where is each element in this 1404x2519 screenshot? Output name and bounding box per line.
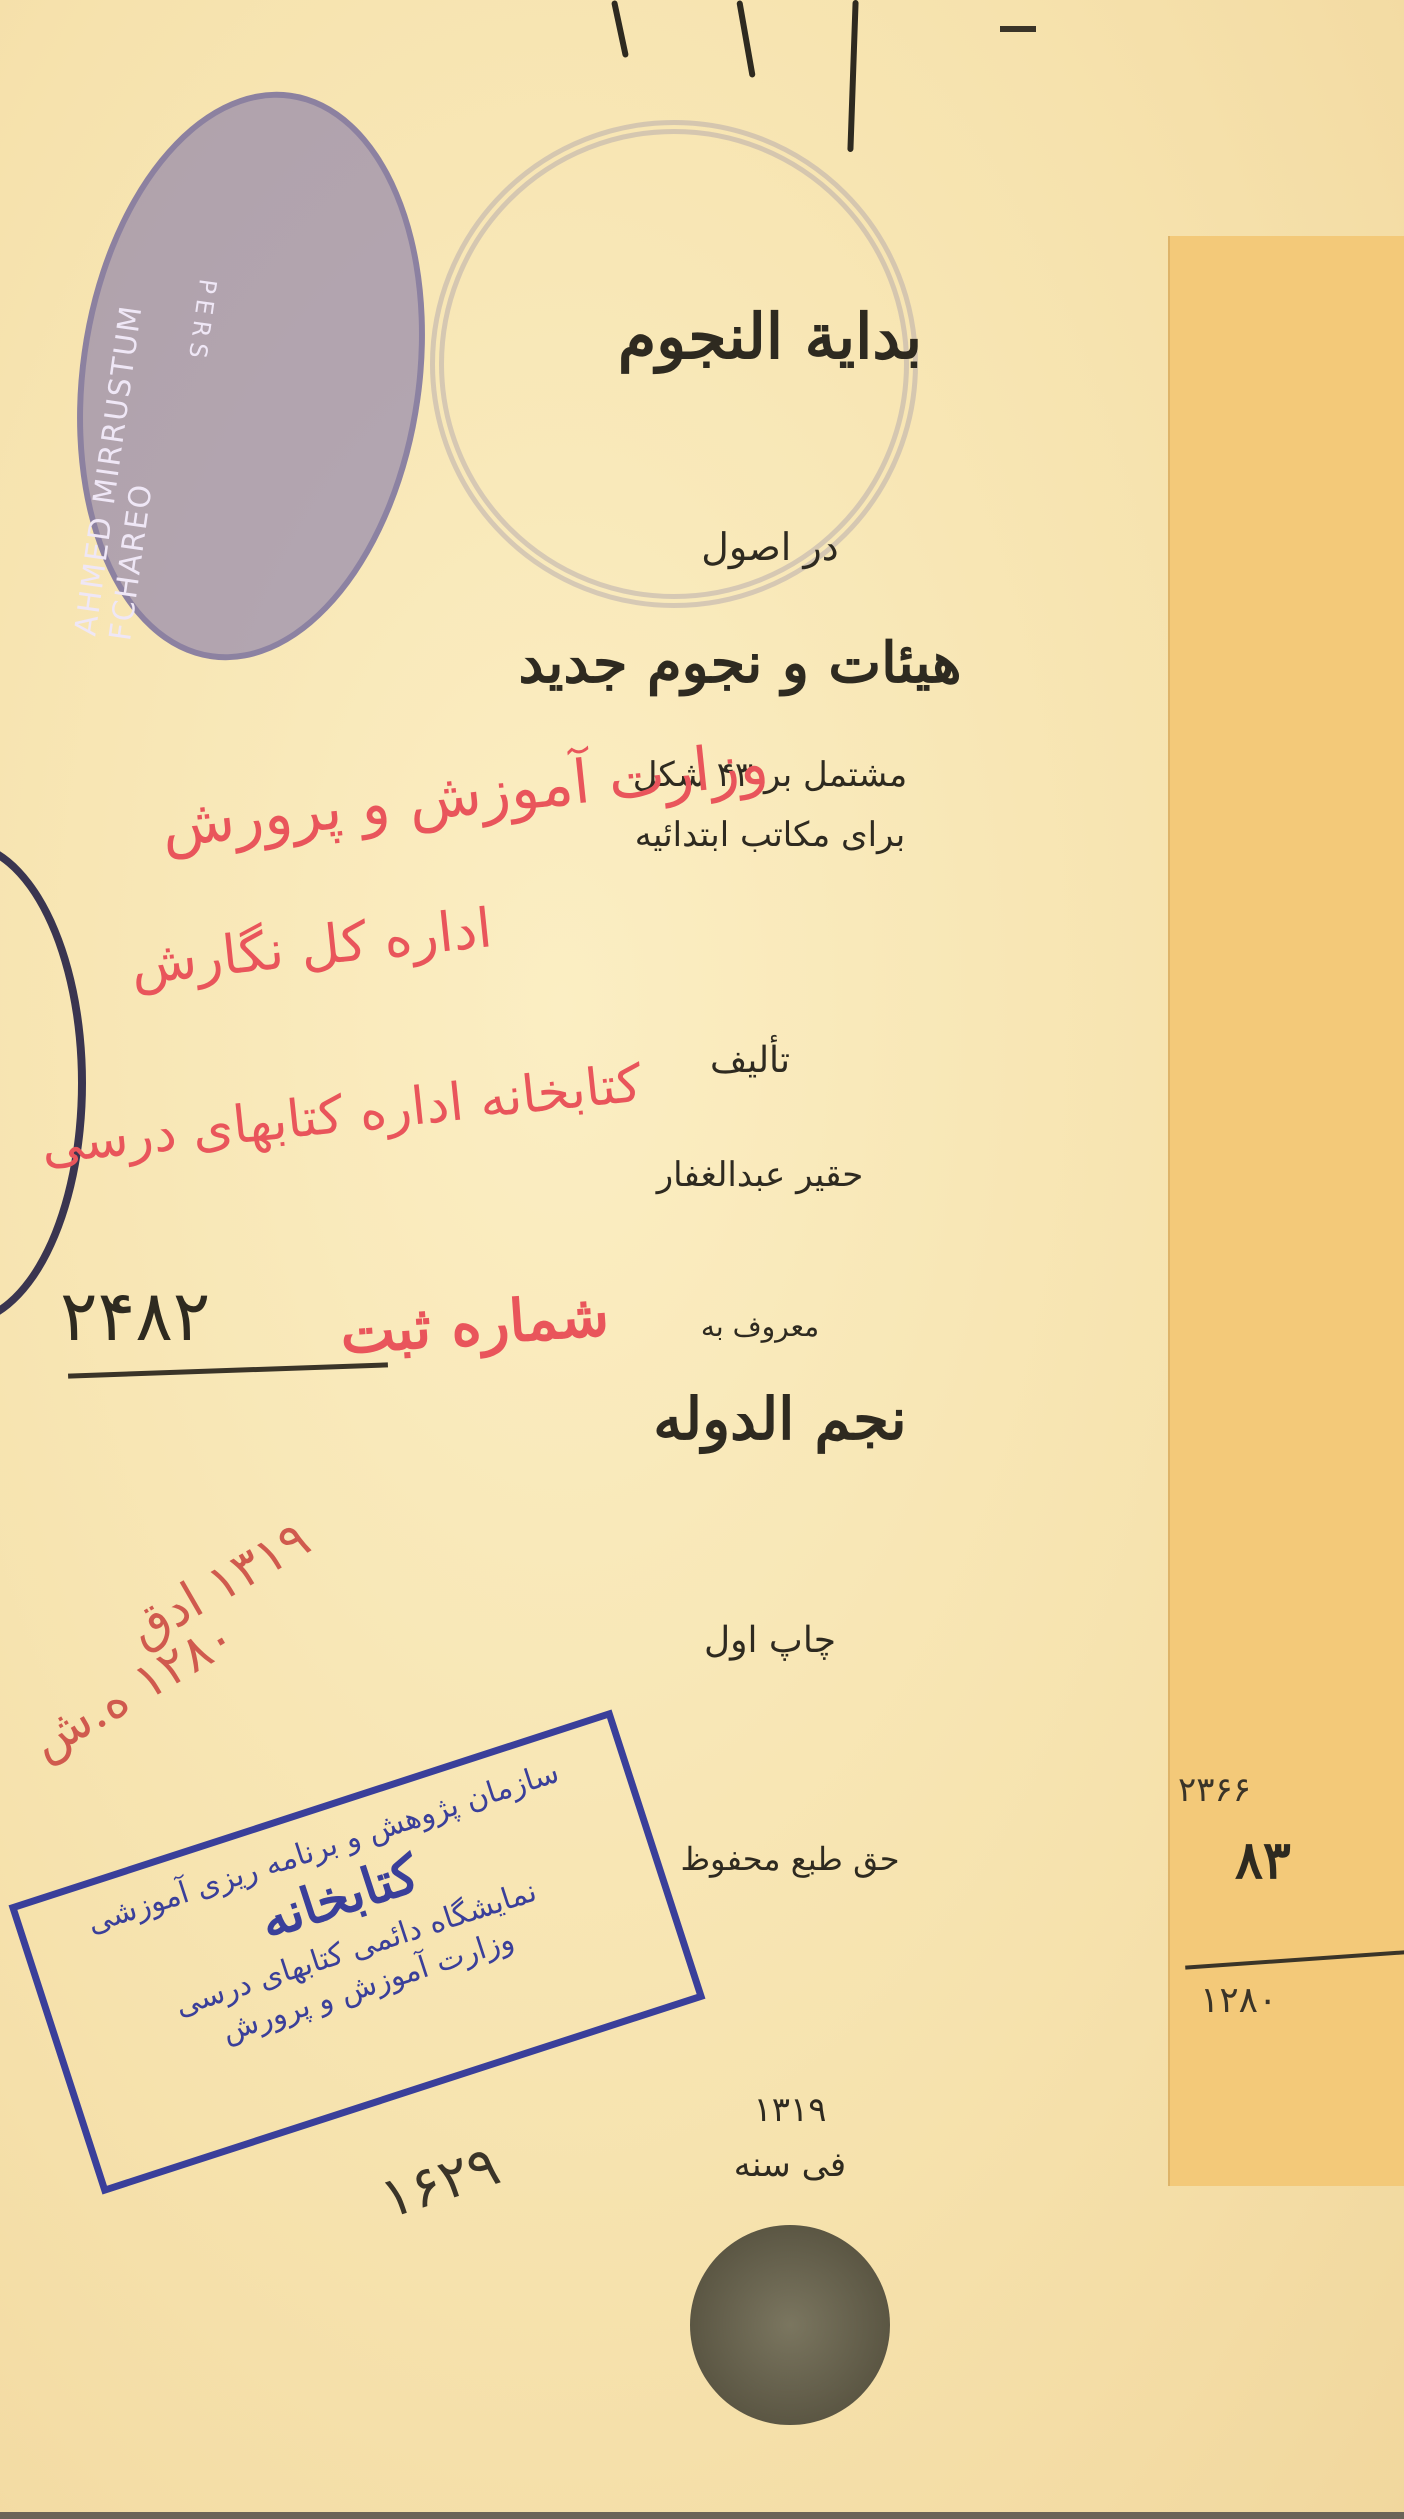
author-title: نجم الدوله <box>520 1385 1040 1453</box>
known-as-label: معروف به <box>600 1310 920 1343</box>
registration-number: ۲۴۸۲ <box>60 1275 210 1357</box>
year-label: فی سنه <box>680 2145 900 2185</box>
edition: چاپ اول <box>620 1620 920 1661</box>
attached-paper-strip <box>1168 236 1404 2186</box>
registration-label: شماره ثبت <box>338 1281 611 1368</box>
author-name: حقیر عبدالغفار <box>520 1155 1000 1195</box>
red-stamp-line-2: اداره کل نگارش <box>128 896 495 997</box>
copyright: حق طبع محفوظ <box>660 1840 920 1878</box>
handwritten-number: ۱۶۲۹ <box>373 2133 508 2232</box>
blue-library-stamp: سازمان پژوهش و برنامه ریزی آموزشی کتابخا… <box>9 1709 706 2194</box>
top-ink-stroke <box>736 0 755 78</box>
audience: برای مکاتب ابتدائیه <box>520 815 1020 855</box>
subtitle-prefix: در اصول <box>520 525 1020 569</box>
subtitle: هیئات و نجوم جدید <box>420 630 1060 696</box>
authorship-label: تألیف <box>600 1040 900 1081</box>
seal-latin-text: AHMED MIRRUSTUM FCHAREO <box>68 158 204 643</box>
book-title: بدایة النجوم <box>470 300 1070 373</box>
top-ink-dash <box>1000 26 1036 32</box>
top-ink-stroke <box>611 0 629 58</box>
round-ink-seal <box>690 2225 890 2425</box>
circular-stamp-edge <box>0 840 86 1326</box>
top-ink-stroke <box>847 0 858 152</box>
page-bottom-edge <box>0 2512 1404 2519</box>
margin-note-top: ۲۳۶۶ <box>1178 1770 1251 1810</box>
title-page: AHMED MIRRUSTUM FCHAREO PERS بدایة النجو… <box>0 0 1404 2519</box>
margin-note-main: ۸۳ <box>1235 1830 1291 1891</box>
publication-year: ۱۳۱۹ <box>700 2090 880 2130</box>
margin-note-bottom: ۱۲۸۰ <box>1200 1980 1277 2021</box>
registration-underline <box>68 1362 388 1378</box>
seal-inner-text: PERS <box>182 277 222 366</box>
purple-oval-seal: AHMED MIRRUSTUM FCHAREO PERS <box>42 69 460 683</box>
